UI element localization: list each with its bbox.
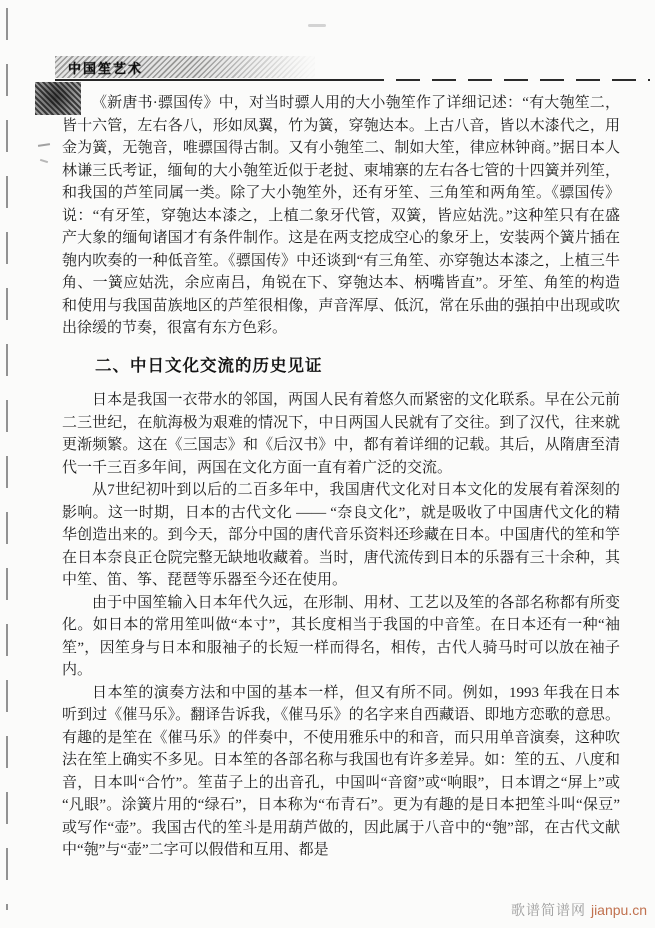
section-paragraph: 从7世纪初叶到以后的二百多年中，我国唐代文化对日本文化的发展有着深刻的影响。这一… xyxy=(62,479,620,592)
site-watermark: 歌谱简谱网jianpu.cn xyxy=(511,900,647,920)
header-rule-dashed xyxy=(360,79,650,81)
watermark-site-name: 歌谱简谱网 xyxy=(511,902,586,918)
scan-smudge xyxy=(308,24,326,27)
book-title: 中国笙艺术 xyxy=(68,58,143,77)
scan-artifact xyxy=(38,143,50,147)
section-heading: 二、中日文化交流的历史见证 xyxy=(62,355,620,378)
section-paragraph: 由于中国笙输入日本年代久远，在形制、用材、工艺以及笙的各部名称都有所变化。如日本… xyxy=(62,592,620,682)
scan-artifact xyxy=(40,159,48,163)
page-body: 《新唐书·骠国传》中，对当时骠人用的大小匏笙作了详细记述：“有大匏笙二，皆十六管… xyxy=(62,92,620,862)
intro-paragraph: 《新唐书·骠国传》中，对当时骠人用的大小匏笙作了详细记述：“有大匏笙二，皆十六管… xyxy=(62,92,620,340)
running-header-band: 中国笙艺术 xyxy=(55,56,315,78)
section-paragraph: 日本是我国一衣带水的邻国，两国人民有着悠久而紧密的文化联系。早在公元前二三世纪，… xyxy=(62,389,620,479)
scanned-book-page: 中国笙艺术 《新唐书·骠国传》中，对当时骠人用的大小匏笙作了详细记述：“有大匏笙… xyxy=(0,0,655,928)
section-paragraph: 日本笙的演奏方法和中国的基本一样，但又有所不同。例如，1993 年我在日本听到过… xyxy=(62,682,620,862)
watermark-domain: jianpu.cn xyxy=(591,902,647,918)
page-edge-scan-line xyxy=(6,8,8,910)
header-rule-solid xyxy=(55,79,360,81)
